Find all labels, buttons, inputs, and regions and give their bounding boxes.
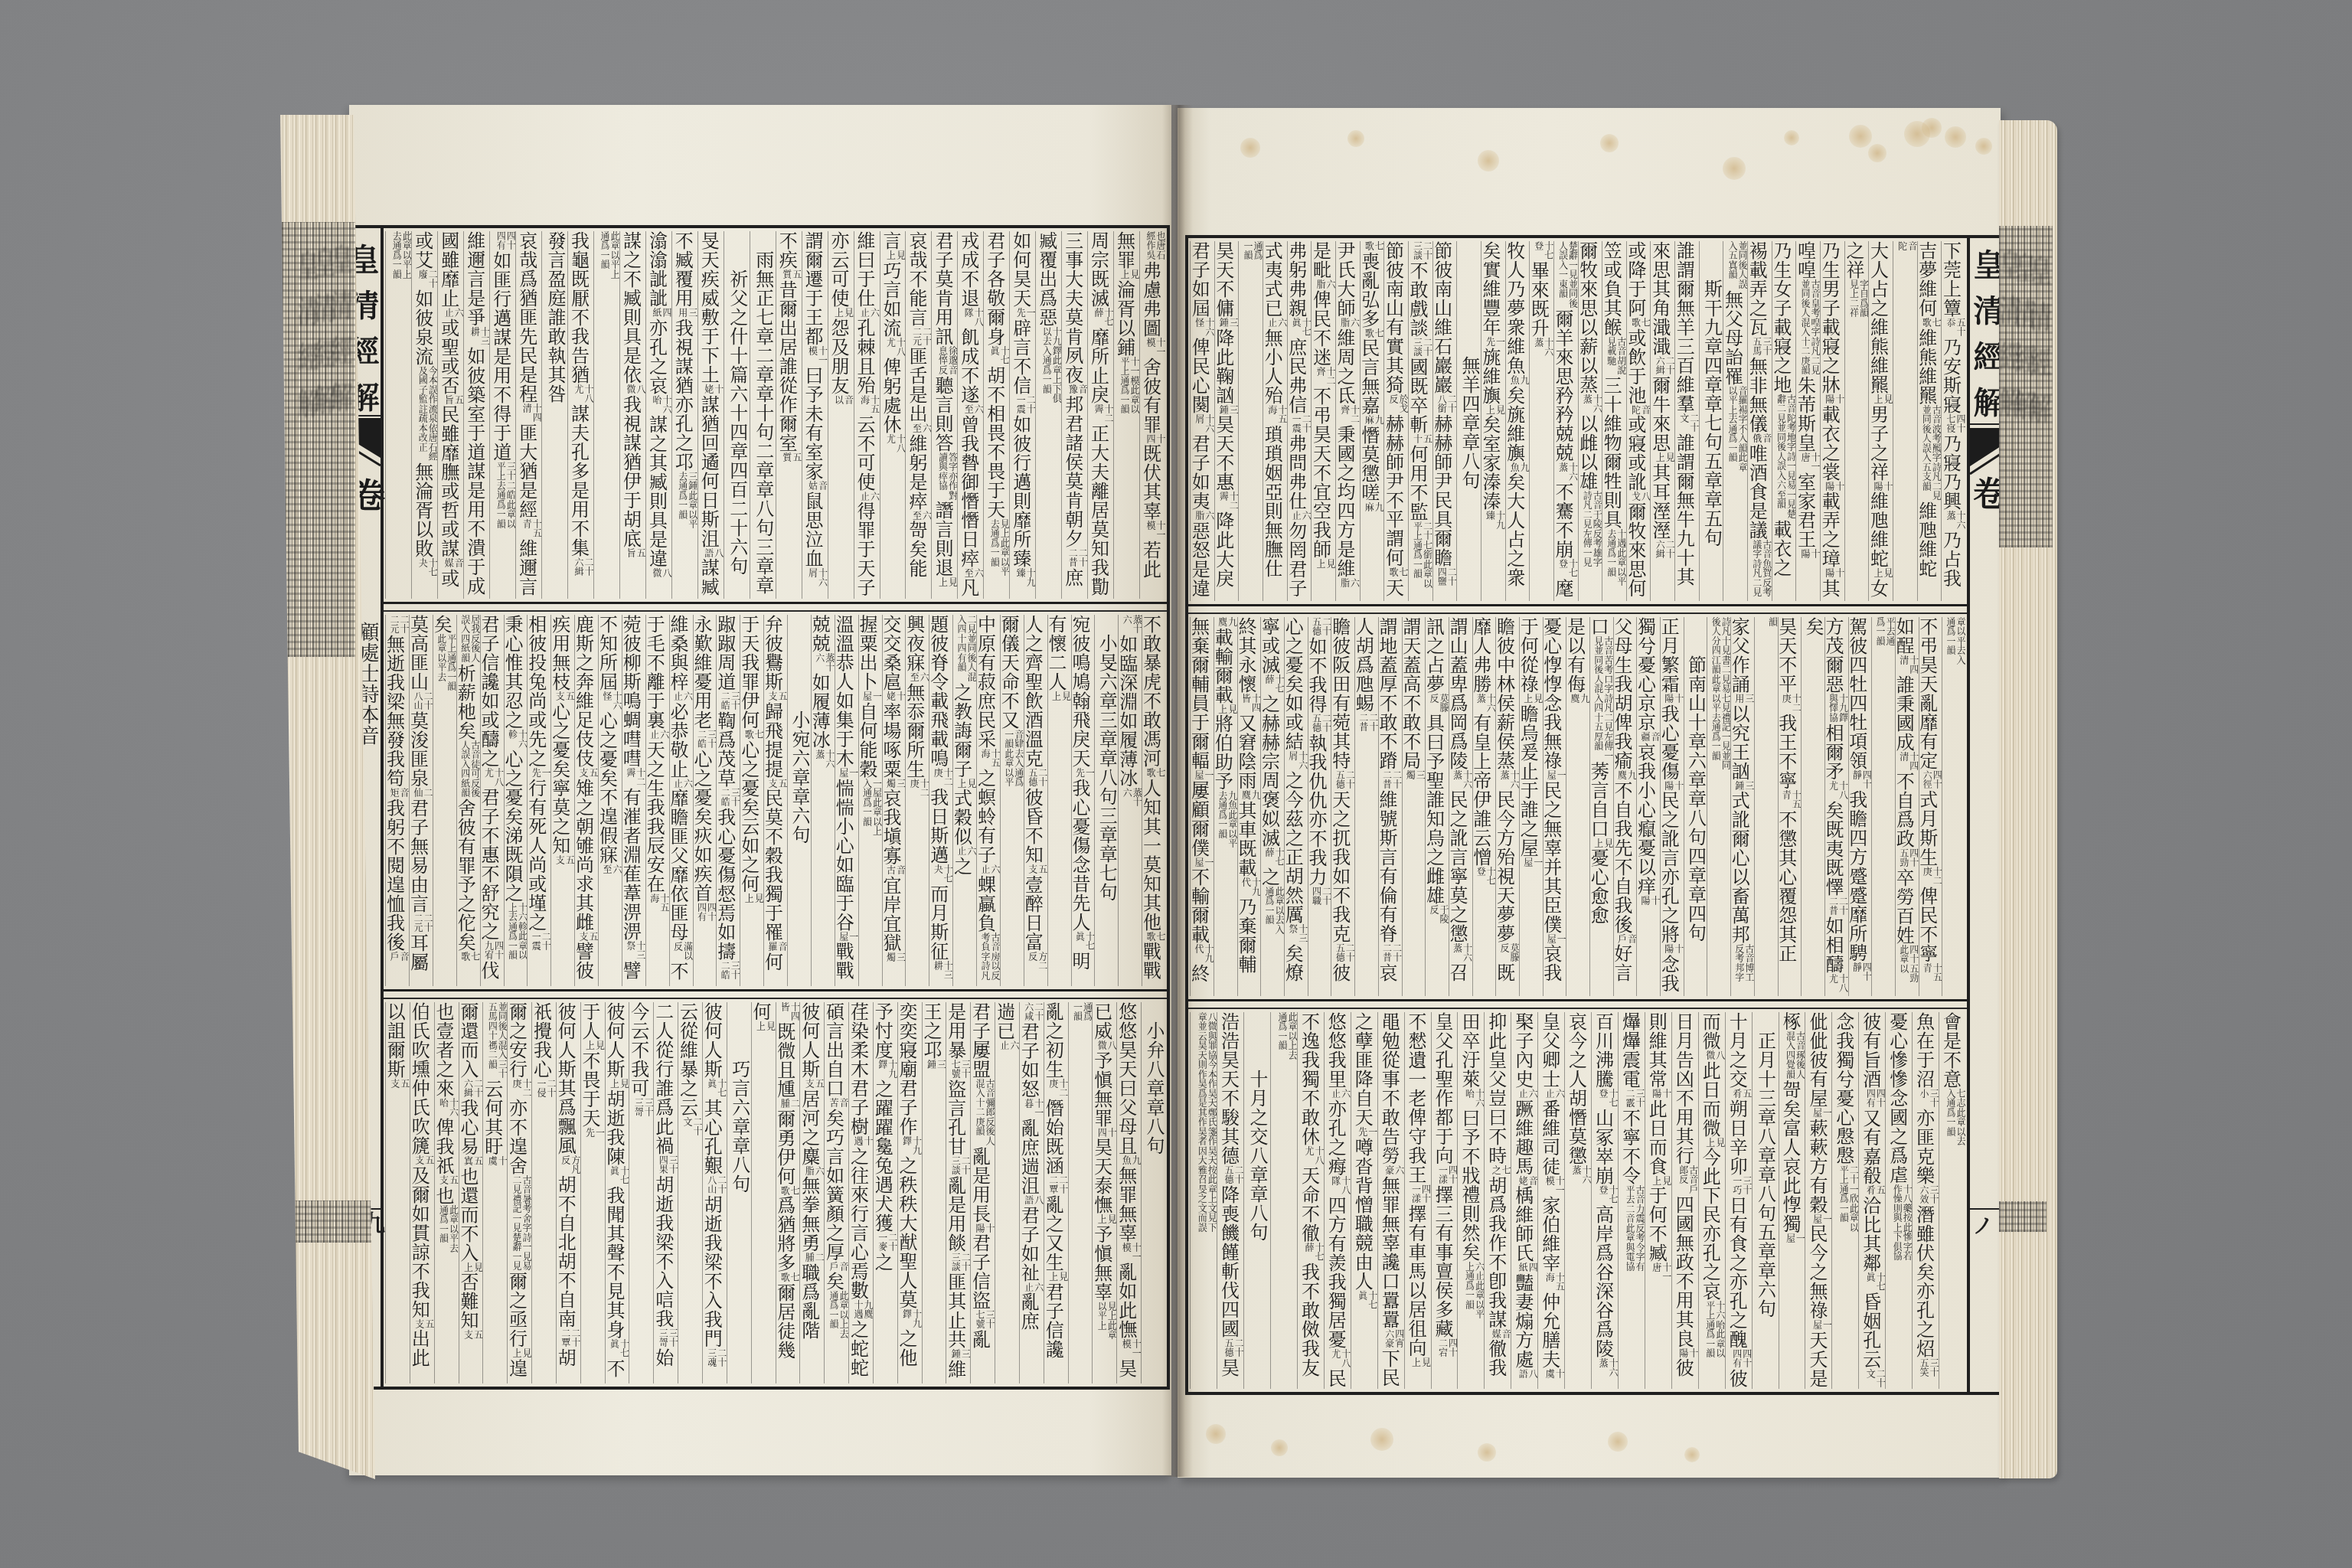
annotation: 十六蒸 xyxy=(1452,770,1472,790)
annotation: 二仙 xyxy=(413,788,433,799)
annotation: 十二齊 xyxy=(1340,405,1360,425)
text-column: 二見並同後人混入四十四有韻之教誨爾子見上式穀似六止之 xyxy=(952,615,976,986)
text-column: 荏染柔木君子樹十遇之往來行言心焉數九麌十遇之蛇蛇 xyxy=(848,1002,873,1383)
annotation: 蒸十六 xyxy=(815,653,835,673)
text-column: 于何從祿見上瞻烏爰止于誰之屋一屋 xyxy=(1519,617,1543,996)
text-column: 終其永懷十四皆又窘陰雨九麌其車既載十九代乃棄爾輔 xyxy=(1237,617,1261,996)
text-column: 佌佌彼有屋一屋蔌蔌方有穀一屋民今之無祿一屋天夭是 xyxy=(1805,1012,1831,1389)
text-column: 乃生女子載寢之地古音陀考地字詩一見易一見楚辭二見並同後人誤入六至韻載衣之 xyxy=(1772,241,1796,601)
annotation: 五旨 xyxy=(443,395,463,406)
annotation: 十陽 xyxy=(1651,1089,1671,1099)
annotation: 二十六緝 xyxy=(1655,356,1674,376)
annotation: 十八尤 xyxy=(1331,1349,1351,1369)
annotation: 五寘 xyxy=(462,1156,482,1167)
annotation: 八語 xyxy=(1517,1369,1537,1380)
text-column: 遄已六止 xyxy=(995,1002,1019,1383)
text-column: 家父作誦三用以究王訩三鍾式訛爾心以畜萬邦古音博工反考邦字 xyxy=(1730,617,1754,996)
annotation: 六豪 xyxy=(1384,1165,1404,1176)
annotation: 二十四職 xyxy=(1311,887,1331,906)
text-column: 維邇言是爭十三耕如彼築室于道謀是用不潰于成十四清 xyxy=(463,231,489,599)
text-column: 黽勉從事不敢告勞六豪無罪無辜讒口囂囂四宵六豪下民 xyxy=(1377,1012,1404,1389)
annotation: 見上 xyxy=(609,1079,629,1089)
annotation: 古音暑考舍字詩一見易二見禮記一見楚辭一見 xyxy=(511,1175,531,1272)
annotation: 蒸十六 xyxy=(1122,788,1142,808)
annotation: 八微 xyxy=(1705,1050,1725,1061)
annotation: 十四清 xyxy=(1899,655,1919,675)
annotation: 四紙 xyxy=(1517,1263,1537,1273)
annotation: 七歌 xyxy=(1145,932,1165,942)
text-column: 三事大夫莫肯夙夜音豫邦君諸侯莫肯朝夕二十二昔庶曰式 xyxy=(1061,231,1087,599)
text-column: 周宗既滅十七薛靡所止戾十二霽正大夫離居莫知我勩六至十三祭二韻 xyxy=(1087,231,1113,599)
fold-rule xyxy=(1970,1208,2001,1210)
text-column: 小旻六章三章章八句三章章七句 xyxy=(1094,615,1118,986)
annotation: 七之 xyxy=(1491,1165,1511,1176)
text-column: 王之邛三鍾 xyxy=(922,1002,946,1383)
text-column: 不憖遺一老俾守我王四十一漾擇有車馬以居徂向見上 xyxy=(1404,1012,1431,1389)
annotation: 十一暮 xyxy=(1024,1099,1044,1119)
foxing-spot xyxy=(1370,1428,1393,1451)
text-column: 祇攪我心二十一侵 xyxy=(531,1002,556,1383)
text-column: 來思其角濈濈二十六緝爾牛來思見上其耳溼溼二十六緝 xyxy=(1650,241,1674,601)
annotation: 一屋 xyxy=(1546,934,1566,945)
text-column: 彼何人斯其爲飄風方凡反胡不自北胡不自南二十二覃胡逝我梁 xyxy=(556,1002,580,1383)
annotation: 莫滕反 xyxy=(1429,694,1449,714)
annotation: 見上 xyxy=(1315,559,1335,570)
annotation: 二十三談 xyxy=(1413,241,1432,261)
annotation: 音戶 xyxy=(389,952,409,962)
text-column: 發言盈庭誰敢執其咎 xyxy=(541,231,567,599)
annotation: 十五海 xyxy=(649,893,669,913)
text-column: 祈父之什十篇六十四章四百二十六句 xyxy=(724,231,750,599)
text-column: 彼何人斯見上胡逝我陳十七眞我聞其聲不見其身十七眞不愧 xyxy=(605,1002,629,1383)
annotation: 十陽 xyxy=(975,1223,995,1234)
text-column: 伯氏吹壎仲氏吹篪五支及爾如貫諒不我知五支出此三物 xyxy=(410,1002,434,1383)
annotation: 五質 xyxy=(782,452,802,463)
annotation: 三十五笑 xyxy=(1919,1358,1939,1378)
annotation: 音疆 xyxy=(1640,732,1660,743)
annotation: 十九鐸 xyxy=(877,1060,897,1080)
annotation: 十二霽 xyxy=(626,768,645,788)
text-column: 雨無正七章二章章十句二章章八句三章章六句 xyxy=(750,231,776,599)
annotation: 十六咍此章以平上通爲一韻 xyxy=(1705,1301,1725,1359)
annotation: 二十一震 xyxy=(1291,414,1311,434)
annotation: 十八隊 xyxy=(963,308,983,328)
annotation: 六止 xyxy=(1544,1089,1564,1099)
annotation: 二十二昔 xyxy=(1382,943,1402,963)
annotation: 十七薛 xyxy=(1093,308,1113,328)
text-column: 君子屢盟古音彌郎反後人混入十二庚韻亂是用長十陽君子信盜三十七號亂 xyxy=(970,1002,995,1383)
annotation: 古音彌郎反後人混入十二庚韻 xyxy=(975,1079,995,1147)
text-column: 方茂爾惡十九鐸與懌協相爾矛十八尤矣既夷既懌二十二昔如相醻十八尤 xyxy=(1824,617,1848,996)
annotation: 十七薛 xyxy=(1264,848,1284,867)
annotation: 三十二皓此章以平上去通爲一韻 xyxy=(495,462,515,530)
annotation: 十七登 xyxy=(1475,867,1495,887)
text-column: 永歎維憂用老三十二皓心之憂矣疢如疾首四十四有 xyxy=(693,615,717,986)
annotation: 九麻 xyxy=(1364,502,1383,513)
text-column: 弁彼鸒斯五支歸飛提提五支民莫不穀我獨于罹音羅何辜 xyxy=(763,615,787,986)
annotation: 見上 xyxy=(462,1263,482,1273)
annotation: 二十二覃 xyxy=(560,1328,580,1348)
foxing-spot xyxy=(1240,138,1260,158)
annotation: 四十五勁此章以 xyxy=(1899,945,1919,984)
annotation: 見上 xyxy=(585,1040,605,1051)
annotation: 六止 xyxy=(956,846,976,857)
annotation: 二十二元 xyxy=(389,615,409,635)
annotation: 六至 xyxy=(963,568,983,579)
text-column: 憂心惸惸念我無祿一屋民之無辜并其臣僕一屋哀我人斯 xyxy=(1543,617,1566,996)
text-column: 亂之初生十二庚僭始既涵二十二覃亂之又生見上君子信讒 xyxy=(1044,1002,1068,1383)
annotation: 音羅裼字不入韻此章以平上去通爲一韻 xyxy=(1727,386,1747,473)
annotation: 見上 xyxy=(1523,694,1543,704)
text-column: 是用暴三十七號盜言孔甘二十三談亂是用餤二十三談匪其止共三鍾維 xyxy=(946,1002,970,1383)
tier-1: 下莞上簟五十忝乃安斯寢四十七寑乃寢乃興十六蒸乃占我夢莫滕反吉夢維何七歌維熊維羆古… xyxy=(1188,238,1967,604)
text-column: 二人從行誰爲此禍三十四果胡逝我梁不入唁我三十三哿始者不如 xyxy=(653,1002,678,1383)
annotation: 九魚 xyxy=(1509,375,1529,386)
annotation: 七歌 xyxy=(1364,241,1383,252)
annotation: 見上 xyxy=(1051,691,1071,702)
annotation: 古音房以反考負字詩凡 xyxy=(980,933,1000,982)
text-column: 昊天不平十二庚我王不寧十五青不懲其心覆怨其正十四清四十五勁二 xyxy=(1778,617,1802,996)
annotation: 十一模 xyxy=(1121,1243,1141,1263)
text-column: 不臧覆用三用我視謀猶亦孔之邛三鍾此章以平去通爲一韻 xyxy=(671,231,697,599)
annotation: 十遇 xyxy=(853,1136,873,1147)
annotation: 十六怪 xyxy=(602,691,622,711)
annotation: 十七登 xyxy=(1598,1185,1618,1205)
text-column: 謂天蓋高不敢不局三燭 xyxy=(1402,617,1426,996)
annotation: 見上 xyxy=(1411,1357,1431,1368)
text-column: 抑此皇父豈曰不時七之胡爲我作不卽我謀音媒徹我牆屋 xyxy=(1484,1012,1511,1389)
annotation: 十六軫此章以上去通爲一韻 xyxy=(507,903,527,961)
annotation: 二十二昔 xyxy=(1358,713,1378,733)
annotation: 六至 xyxy=(911,511,931,521)
annotation: 見上 xyxy=(1119,269,1139,280)
text-column: 魚在于沼三十小亦匪克樂三十六效潛雖伏矣亦孔之炤三十五笑 xyxy=(1912,1012,1939,1389)
annotation: 十六蒸 xyxy=(1452,943,1472,963)
annotation: 居我反後人誤入四紙韻 xyxy=(460,615,480,664)
text-column: 父母生我胡俾我瘉九麌不自我先不自我後音戶好言自 xyxy=(1613,617,1637,996)
annotation: 三十五馬 xyxy=(1752,337,1772,357)
annotation: 一屋 xyxy=(1811,1320,1831,1331)
annotation: 音姥 xyxy=(1517,1176,1537,1187)
text-column: 二十五德如不我得二十五德執我仇仇亦不我力二十四職 xyxy=(1308,617,1331,996)
text-column: 十四皆既微且尰二腫爾勇伊何七歌爲猶將多七歌爾居徒幾 xyxy=(776,1002,800,1383)
annotation: 六止 xyxy=(1517,1089,1537,1099)
annotation: 也唐石經作吳 xyxy=(1145,231,1165,261)
tier-rule xyxy=(384,989,1167,991)
annotation: 十九臻 xyxy=(1485,511,1505,531)
text-column: 心之憂矣如或結十六屑之今茲之正胡然厲十三祭矣燎之方揚 xyxy=(1284,617,1308,996)
text-column: 正月十三章八章章八句五章章六句 xyxy=(1752,1012,1779,1389)
annotation: 十七眞 xyxy=(1074,932,1094,952)
annotation: 六至 xyxy=(909,672,929,683)
annotation: 古音于陵反考雄字詩凡二見左傳一見 xyxy=(1582,491,1602,568)
text-column: 君子信讒如或醻之十八尤君子不惠不舒究之四十九宥伐木掎矣音古 xyxy=(480,615,504,986)
annotation: 十二庚 xyxy=(909,779,929,799)
text-column: 溫溫恭人如集于木一屋惴惴小心如臨于谷一屋戰戰 xyxy=(835,615,858,986)
text-column: 乃生男子載寢之牀十陽載衣之裳十陽載弄之璋十陽其泣 xyxy=(1820,241,1844,601)
foxing-spot xyxy=(1206,1424,1226,1444)
foxing-spot xyxy=(1975,138,1992,155)
annotation: 五支 xyxy=(578,932,598,942)
text-column: 于天我罪伊何七歌心之憂矣云如之何見上 xyxy=(740,615,763,986)
annotation: 十五海 xyxy=(1267,405,1287,425)
text-column: 踧踧周道三十二皓鞫爲茂草三十二皓我心憂傷惄焉如擣三十二皓假寐 xyxy=(716,615,740,986)
foxing-spot xyxy=(1684,1447,1700,1462)
annotation: 二十五德 xyxy=(1223,1338,1243,1358)
annotation: 十一模 xyxy=(808,346,828,366)
annotation: 八戈 xyxy=(1630,492,1650,502)
text-column: 戎成不退十八隊飢成不遂六至曾我暬御憯憯日瘁六至凡百 xyxy=(957,231,983,599)
text-column: 碩言出自口音苦矣巧言如簧顏之厚音戶矣此章以上去通爲一韻 xyxy=(824,1002,848,1383)
text-column: 小弁八章章八句 xyxy=(1141,1002,1165,1383)
text-column: 題彼脊令載飛載鳴十二庚我日斯邁十七夬而月斯征十三耕夙 xyxy=(929,615,952,986)
annotation: 並同後人混入三十五馬四十禡二韻 xyxy=(487,1002,507,1080)
text-columns: 小弁八章章八句悠悠昊天曰父母且九魚無罪無辜十一模亂如此憮十一模昊天已威八微予愼無… xyxy=(385,1002,1165,1383)
annotation: 十二庚 xyxy=(1922,867,1942,887)
text-column: 于人見上不畏于天一先 xyxy=(580,1002,605,1383)
annotation: 二十六緝 xyxy=(462,1079,482,1099)
text-column: 如何昊天一先辟言不信二十一震如彼行邁則靡所臻十九臻凡百 xyxy=(1009,231,1035,599)
text-column: 無羊四章章八句 xyxy=(1456,241,1481,601)
annotation: 十七眞 xyxy=(1357,1291,1377,1311)
annotation: 七歌 xyxy=(1145,768,1165,779)
text-column: 也壹者之來十六咍俾我祇五支也此章以平去通爲一韻 xyxy=(434,1002,459,1383)
annotation: 十六咍 xyxy=(1464,1089,1484,1109)
annotation: 古音力震反考令字有平去二音此章與電協 xyxy=(1625,1185,1645,1272)
text-column: 寧或滅十七薛之赫赫宗周褒姒滅十七薛之此章以去入通爲一韻 xyxy=(1260,617,1284,996)
annotation: 十一模 xyxy=(1145,338,1165,358)
text-column: 潝潝訿訿四紙亦孔之哀十六咍謀之其臧則具是違八微 xyxy=(645,231,671,599)
annotation: 二十文 xyxy=(1865,1369,1885,1389)
text-column: 或艾二十廢如彼泉流今本誤作流泉依唐石經及國子監註疏本改正無淪胥以敗十七夬 xyxy=(411,231,437,599)
annotation: 八微與罪協今本作昊天鄭氏箋作昊天按此章上文見下章並云昊天則作昊爲是其作昊者因大雅… xyxy=(1197,1012,1217,1233)
text-column: 如酲十四清誰秉國成十四清不自爲政四十五勁卒勞百姓四十五勁此章以 xyxy=(1895,617,1919,996)
tier-rule xyxy=(384,602,1167,604)
right-page-edges: 皇清經解 皇清經解 皇清經解 xyxy=(1999,120,2057,1478)
text-column: 九麌載輸爾載見上將伯助予九魚此章以平去通爲一韻 xyxy=(1214,617,1237,996)
annotation: 十三祭 xyxy=(1288,924,1308,944)
annotation: 見上 xyxy=(756,1021,776,1032)
annotation: 十二齊 xyxy=(1315,367,1335,387)
annotation: 十三耕 xyxy=(933,961,952,981)
text-column: 莫高匪山二十八山莫浚匪泉二仙君子無易由言二十二元耳屬于垣 xyxy=(409,615,433,986)
text-column: 田卒汙萊十六咍曰予不戕禮則然矣六止此章以平上通爲一韻 xyxy=(1457,1012,1484,1389)
tier-2: 章以平去入通爲一韻不弔昊天亂靡有定四十六徑式月斯生十二庚俾民不寧十五青憂心如酲十… xyxy=(1188,614,1967,999)
foxing-spot xyxy=(1608,1432,1628,1452)
annotation: 十八尤 xyxy=(885,338,905,358)
annotation: 見上 xyxy=(1705,1138,1725,1148)
text-column: 之孽匪降自天一先噂沓背憎職競由人十七眞 xyxy=(1351,1012,1377,1389)
text-column: 此章以平上去通爲一韻 xyxy=(385,231,411,599)
text-column: 旻天疾威敷于下土十姥謀猶回遹何日斯沮八語謀臧不從 xyxy=(697,231,724,599)
annotation: 十虞 xyxy=(487,1156,507,1167)
text-column: 並同後人混入三十五馬四十禡二韻云何其盱十虞 xyxy=(482,1002,507,1383)
annotation: 十六蒸 xyxy=(1571,1165,1591,1185)
annotation: 一先 xyxy=(531,768,550,779)
text-column: 矣平上通爲一韻此章以平去 xyxy=(433,615,456,986)
foxing-spot xyxy=(1922,118,1942,138)
text-column: 牧人乃夢衆維魚九魚矣旐維旟九魚矣大人占之衆維魚見上 xyxy=(1505,241,1530,601)
text-columns: 章以平去入通爲一韻不弔昊天亂靡有定四十六徑式月斯生十二庚俾民不寧十五青憂心如酲十… xyxy=(1190,617,1965,996)
annotation: 十陽 xyxy=(1664,781,1684,792)
annotation: 于陵反 xyxy=(1429,905,1449,925)
annotation: 九魚此章以平去通爲一韻 xyxy=(1217,791,1237,849)
annotation: 見上 xyxy=(1593,838,1613,849)
text-column: 昊天不傭三鍾降此鞠訩三鍾昊天不惠十二霽降此大戾十二霽 xyxy=(1214,241,1239,601)
annotation: 三十七號 xyxy=(950,1060,970,1080)
annotation: 四十一漾 xyxy=(1437,1165,1457,1185)
text-column: 是毗六脂俾民不迷十二齊不弔昊天不宜空我師見上 xyxy=(1311,241,1335,601)
annotation: 二十一震 xyxy=(531,932,550,952)
text-column: 口古音苦考口字詩凡二見左傳一見並同後人混入四十五厚韻莠言自口見上憂心愈愈 xyxy=(1589,617,1613,996)
annotation: 五支 xyxy=(439,1175,459,1186)
annotation: 音戶 xyxy=(1616,934,1636,945)
annotation: 音媒 xyxy=(1491,1329,1511,1340)
annotation: 十七夬 xyxy=(933,864,952,884)
annotation: 音豫 xyxy=(1067,384,1087,395)
annotation: 此章以平去通爲一韻 xyxy=(439,1205,459,1254)
ink-smear xyxy=(1999,1201,2047,1232)
text-column: 椓古音琢後人混入四覺韻哿矣富人哀此惸獨一屋 xyxy=(1779,1012,1805,1389)
annotation: 二十五德 xyxy=(1223,1165,1243,1185)
annotation: 二十二元 xyxy=(413,913,433,933)
annotation: 十陽 xyxy=(1824,394,1844,405)
annotation: 六脂 xyxy=(1340,578,1360,589)
annotation: 六至 xyxy=(911,423,931,434)
text-column: 疾用無枝五支心之憂矣寧莫之知五支 xyxy=(550,615,574,986)
annotation: 楚辭一見並同後人誤入一東韻 xyxy=(1558,241,1578,309)
text-column: 小宛六章章六句 xyxy=(787,615,811,986)
annotation: 方凡反 xyxy=(560,1155,580,1175)
annotation: 十七眞 xyxy=(1865,1272,1885,1292)
annotation: 十一唐 xyxy=(1800,452,1820,472)
text-column: 何見上 xyxy=(751,1002,776,1383)
text-column: 不弔昊天亂靡有定四十六徑式月斯生十二庚俾民不寧十五青憂心 xyxy=(1919,617,1942,996)
annotation: 古音戶郎反 xyxy=(1678,1165,1698,1195)
annotation: 二十五德 xyxy=(1311,617,1331,637)
annotation: 音矩 xyxy=(389,788,409,799)
text-column: 訊之占夢莫滕反具曰予聖誰知烏之雌雄于陵反 xyxy=(1425,617,1449,996)
annotation: 此章以去入通爲一韻 xyxy=(1264,887,1284,936)
annotation: 十九鐸此章上下俱以去入通爲一韻 xyxy=(1041,327,1061,404)
annotation: 十九鐸與懌協 xyxy=(1828,694,1848,724)
text-column: 二十三談不敢戲談二十三談國既卒斬五十何用不監二十七銜此章以平上通爲一韻 xyxy=(1408,241,1432,601)
ghost-series-title: 皇清經解 xyxy=(296,250,317,433)
annotation: 見上 xyxy=(1096,1214,1116,1225)
tier-rule xyxy=(1188,999,1967,1001)
text-column: 弗躬弗親十七眞庶民弗信二十一震弗問弗仕六止勿罔君子六止 xyxy=(1287,241,1312,601)
annotation: 二十三魂 xyxy=(707,1348,727,1368)
text-column: 君子如屆十六怪俾民心闋十六屑君子如夷六脂惡怒是違八微 xyxy=(1190,241,1214,601)
annotation: 六脂 xyxy=(804,1166,824,1177)
text-column: 悠悠我里六止亦孔之痗十八隊四方有羨我獨居憂十八尤民莫 xyxy=(1324,1012,1351,1389)
annotation: 三十二皓 xyxy=(720,691,740,711)
annotation: 五支 xyxy=(1027,864,1047,875)
annotation: 二十八山 xyxy=(413,691,433,711)
text-column: 人胡爲虺蜴二十二昔 xyxy=(1354,617,1378,996)
annotation: 六至 xyxy=(963,404,983,415)
annotation: 十八尤 xyxy=(1828,974,1848,994)
right-fold-strip: 皇清經解 卷 ノ xyxy=(1970,235,2001,1395)
annotation: 此章以平上通爲一韻 xyxy=(599,231,619,280)
annotation: 八語 xyxy=(704,548,724,559)
annotation: 十六咍 xyxy=(439,1098,459,1118)
text-column: 喤喤古音皇考喤字詩凡二見並同後人混入十二庚韻朱芾斯皇十一唐室家君王十陽 xyxy=(1795,241,1820,601)
tier-rule xyxy=(1188,604,1967,606)
text-column: 十月之交五肴朔日辛卯三十一巧日有食之亦孔之醜四十四有彼月 xyxy=(1725,1012,1752,1389)
annotation: 平上通爲一韻此章以平去 xyxy=(436,634,456,692)
annotation: 十八尤 xyxy=(573,384,593,404)
text-column: 通爲一韻 xyxy=(1238,241,1263,601)
annotation: 四十二宕 xyxy=(1437,1338,1457,1358)
annotation: 十五青 xyxy=(1781,790,1801,810)
annotation: 十二庚 xyxy=(1781,694,1801,714)
annotation: 五支 xyxy=(767,779,787,789)
annotation: 見上 xyxy=(956,779,976,789)
annotation: 五支 xyxy=(767,691,787,702)
annotation: 十六蒸 xyxy=(815,750,835,769)
annotation: 四宵六豪 xyxy=(1384,1329,1404,1349)
annotation: 四十四有 xyxy=(1865,1089,1885,1109)
text-columns: 會是不意七志此章以去入通爲一韻魚在于沼三十小亦匪克樂三十六效潛雖伏矣亦孔之炤三十… xyxy=(1190,1012,1965,1389)
annotation: 二十二昔 xyxy=(1067,548,1087,568)
annotation: 十六蒸 xyxy=(1534,338,1553,358)
annotation: 見上此章以平去通爲一韻 xyxy=(989,519,1009,577)
annotation: 十遇此章以平去通爲一韻 xyxy=(1606,529,1626,587)
foxing-spot xyxy=(1478,150,1499,171)
text-column: 相彼投兔尚或先之一先行有死人尚或墐之二十一震 xyxy=(527,615,550,986)
annotation: 七志此章以去入通爲一韻 xyxy=(1945,1089,1965,1147)
annotation: 二十三談 xyxy=(1413,338,1432,358)
text-column: 爗爗震電三十二霰不寧不令古音力震反考令字有平去二音此章與電協 xyxy=(1618,1012,1645,1389)
text-column: 二十二元無逝我梁無發我笱音矩我躬不閱遑恤我後音戶 xyxy=(385,615,409,986)
annotation: 五支 xyxy=(554,691,574,702)
tier-1: 也唐石經作吳弗慮弗圖十一模舍彼有罪十四既伏其辜十一模若此無罪見上淪胥以鋪十一模此… xyxy=(384,228,1167,602)
text-column: 臧覆出爲惡十九鐸此章上下俱以去入通爲一韻 xyxy=(1035,231,1061,599)
annotation: 一屋 xyxy=(1785,1233,1805,1244)
annotation: 一先 xyxy=(1074,768,1094,779)
annotation: 見上 xyxy=(1651,1176,1671,1187)
annotation: 答字亦作對讀與瘁協 xyxy=(937,452,957,501)
text-column: 彼有旨酒四十四有又有嘉殽五肴洽比其鄰十七眞昏姻孔云二十文 xyxy=(1858,1012,1885,1389)
text-column: 八微與罪協今本作昊天鄭氏箋作昊天按此章上文見下章並云昊天則作昊爲是其作昊者因大雅… xyxy=(1190,1012,1217,1389)
text-column: 亦云可使見上怨及朋友音以 xyxy=(828,231,854,599)
text-column: 有懷二人見上 xyxy=(1047,615,1071,986)
annotation: 二見並同後人混入四十四有韻 xyxy=(956,615,976,683)
annotation: 三鍾 xyxy=(926,1060,946,1070)
annotation: 十八尤 xyxy=(1828,781,1848,801)
tier-3: 會是不意七志此章以去入通爲一韻魚在于沼三十小亦匪克樂三十六效潛雖伏矣亦孔之炤三十… xyxy=(1188,1009,1967,1392)
text-column: 不敢暴虎不敢馮河七歌人知其一莫知其他七歌戰戰兢兢 xyxy=(1142,615,1165,986)
annotation: 十姥 xyxy=(704,384,724,395)
text-column: 會是不意七志此章以去入通爲一韻 xyxy=(1939,1012,1965,1389)
annotation: 十陽 xyxy=(1640,896,1660,906)
text-column: 哀哉爲猶匪先民是程十四清匪大猶是經十五青維邇言是聽十五青 xyxy=(515,231,541,599)
annotation: 五支 xyxy=(554,855,574,866)
foxing-spot xyxy=(1600,134,1619,152)
right-text-frame: 下莞上簟五十忝乃安斯寢四十七寑乃寢乃興十六蒸乃占我夢莫滕反吉夢維何七歌維熊維羆古… xyxy=(1185,235,1970,1395)
foxing-spot xyxy=(1347,130,1364,147)
fold-rule xyxy=(1970,423,2001,425)
annotation: 一屋 xyxy=(838,768,858,779)
annotation: 五支 xyxy=(414,1319,434,1330)
annotation: 十四 xyxy=(1145,434,1165,445)
series-title: 皇清經解 xyxy=(1971,249,2001,433)
annotation: 十七登 xyxy=(1534,241,1553,261)
annotation: 音陀 xyxy=(1630,405,1650,416)
left-text-frame: 也唐石經作吳弗慮弗圖十一模舍彼有罪十四既伏其辜十一模若此無罪見上淪胥以鋪十一模此… xyxy=(381,225,1170,1390)
annotation: 六止 xyxy=(999,1040,1019,1051)
